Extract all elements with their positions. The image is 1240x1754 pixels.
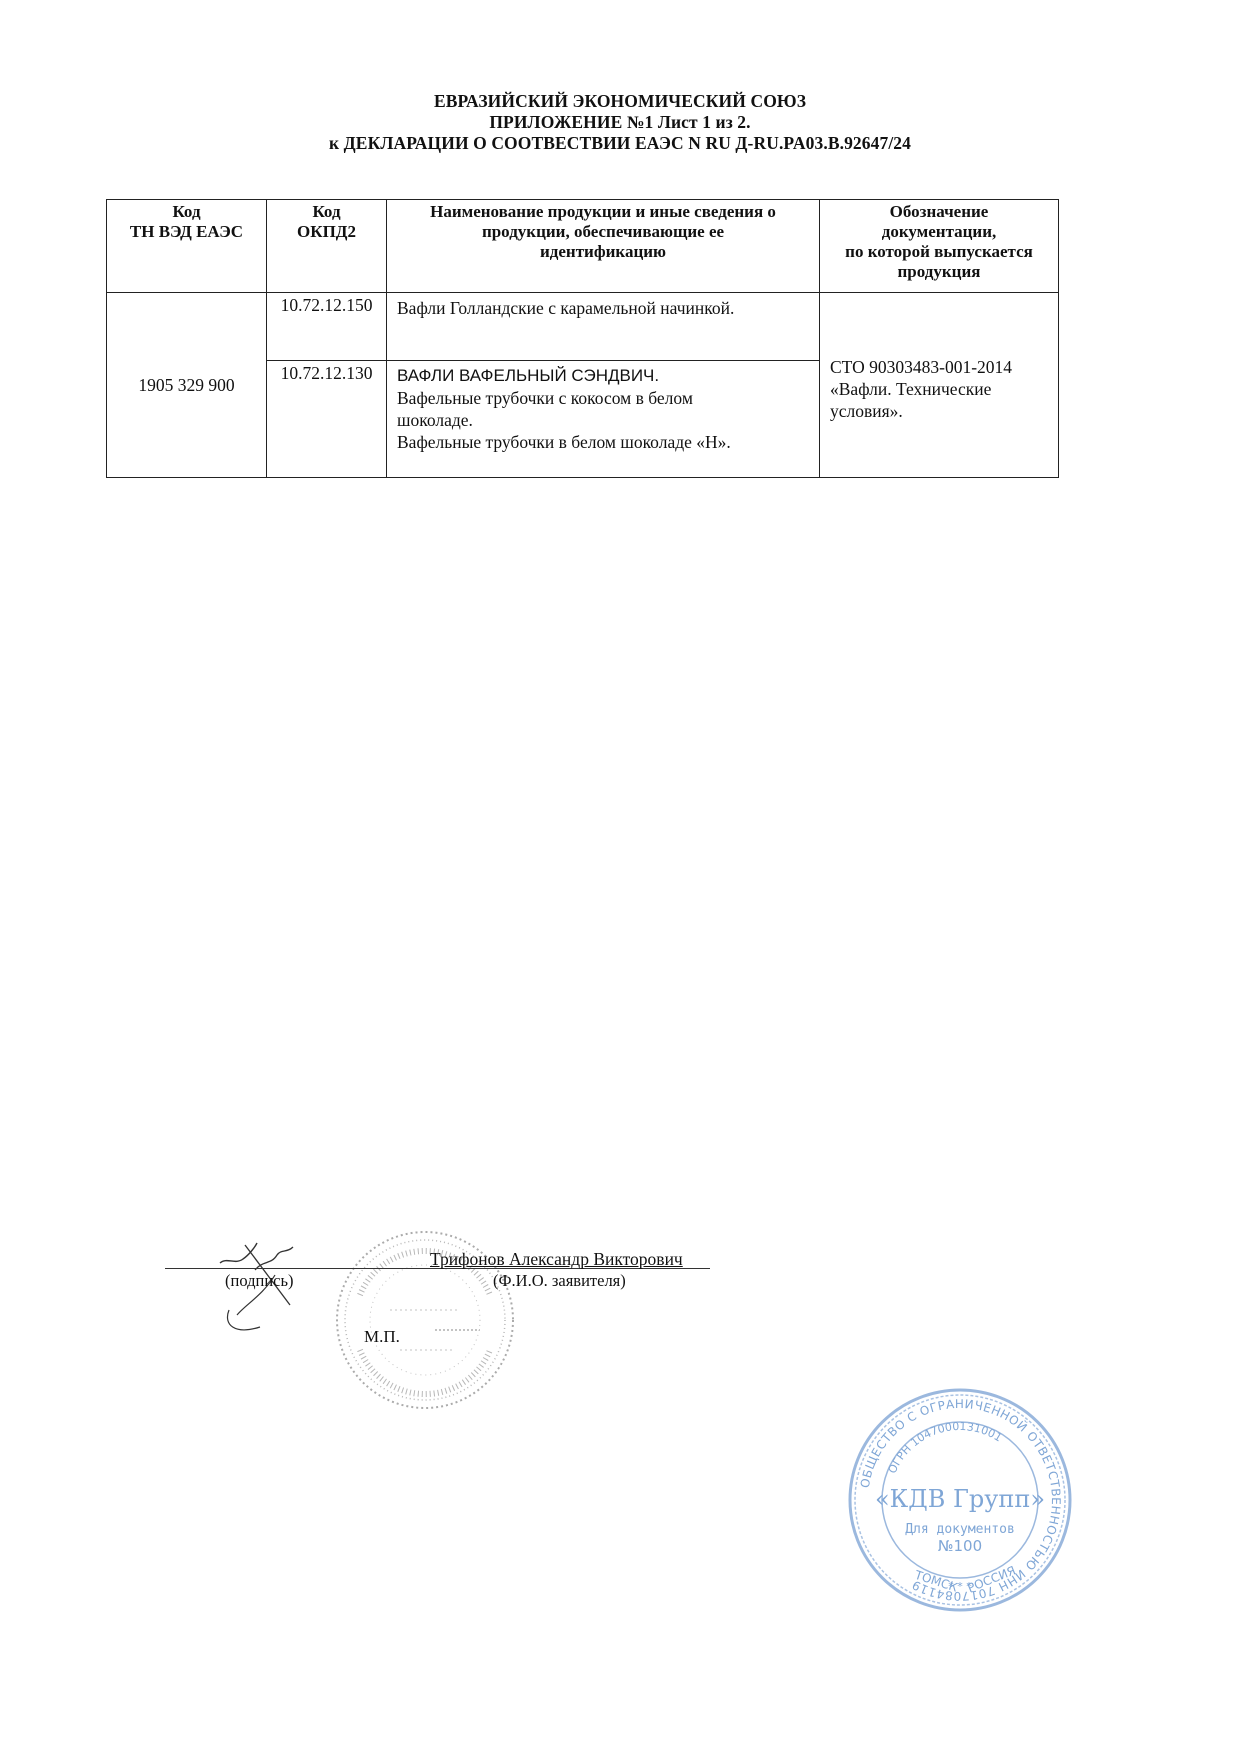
table-header-row: Код ТН ВЭД ЕАЭС Код ОКПД2 Наименование п… <box>107 200 1059 293</box>
tnved-code: 1905 329 900 <box>107 293 267 478</box>
header-okpd2: Код ОКПД2 <box>267 200 387 293</box>
title-appendix: ПРИЛОЖЕНИЕ №1 Лист 1 из 2. <box>0 112 1240 133</box>
document-title: ЕВРАЗИЙСКИЙ ЭКОНОМИЧЕСКИЙ СОЮЗ ПРИЛОЖЕНИ… <box>0 91 1240 154</box>
documentation-reference: СТО 90303483-001-2014 «Вафли. Технически… <box>820 293 1059 478</box>
title-declaration: к ДЕКЛАРАЦИИ О СООТВЕСТВИИ ЕАЭС N RU Д-R… <box>0 133 1240 154</box>
header-documentation: Обозначение документации, по которой вып… <box>820 200 1059 293</box>
svg-text:Для документов: Для документов <box>905 1522 1015 1537</box>
seal-place-label: М.П. <box>364 1327 400 1347</box>
header-tnved: Код ТН ВЭД ЕАЭС <box>107 200 267 293</box>
svg-text:№100: №100 <box>938 1537 982 1555</box>
header-product-name: Наименование продукции и иные сведения о… <box>387 200 820 293</box>
company-stamp: ОБЩЕСТВО С ОГРАНИЧЕННОЙ ОТВЕТСТВЕННОСТЬЮ… <box>845 1385 1075 1615</box>
okpd2-code: 10.72.12.130 <box>267 361 387 478</box>
applicant-name: Трифонов Александр Викторович <box>430 1249 683 1270</box>
table-row: 1905 329 900 10.72.12.150 Вафли Голландс… <box>107 293 1059 361</box>
products-table: Код ТН ВЭД ЕАЭС Код ОКПД2 Наименование п… <box>106 199 1059 478</box>
product-name: ВАФЛИ ВАФЕЛЬНЫЙ СЭНДВИЧ. Вафельные трубо… <box>387 361 820 478</box>
product-name: Вафли Голландские с карамельной начинкой… <box>387 293 820 361</box>
stamp-company-name: «КДВ Групп» <box>875 1485 1045 1513</box>
signature-label: (подпись) <box>225 1271 294 1291</box>
fio-label: (Ф.И.О. заявителя) <box>493 1271 626 1291</box>
title-union: ЕВРАЗИЙСКИЙ ЭКОНОМИЧЕСКИЙ СОЮЗ <box>0 91 1240 112</box>
okpd2-code: 10.72.12.150 <box>267 293 387 361</box>
